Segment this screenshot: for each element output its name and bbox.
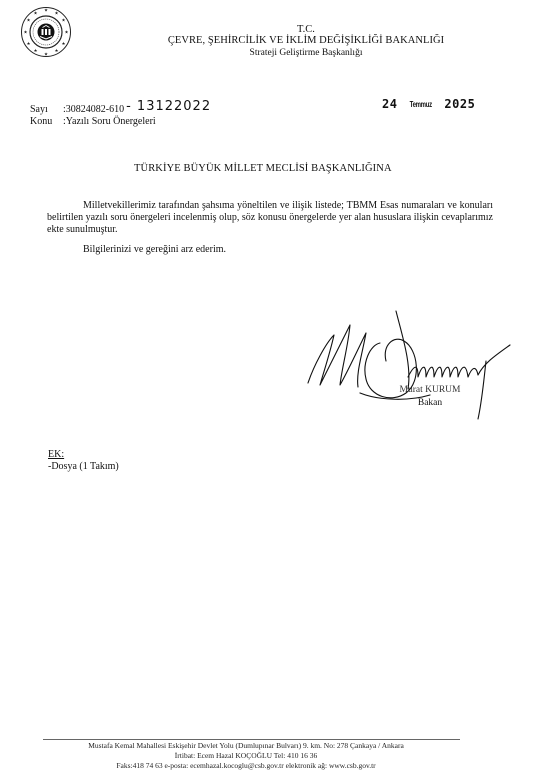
reference-number-row: Sayı :30824082-610 - 13122022 (30, 104, 211, 116)
attachment-label: EK: (48, 449, 119, 461)
letter-body: Milletvekillerimiz tarafından şahsıma yö… (47, 200, 493, 256)
reference-number-handwritten: - 13122022 (126, 101, 211, 113)
date-day: 24 (382, 97, 397, 111)
body-paragraph: Milletvekillerimiz tarafından şahsıma yö… (47, 200, 493, 236)
reference-number-prefix: :30824082-610 (63, 104, 124, 116)
subject-row: Konu :Yazılı Soru Önergeleri (30, 116, 211, 128)
svg-text:★: ★ (54, 11, 58, 17)
attachment-item: -Dosya (1 Takım) (48, 461, 119, 473)
footer-address: Mustafa Kemal Mahallesi Eskişehir Devlet… (0, 741, 492, 751)
date-year: 2025 (444, 97, 475, 111)
letterhead: T.C. ÇEVRE, ŞEHİRCİLİK VE İKLİM DEĞİŞİKL… (0, 24, 552, 59)
department-name: Strateji Geliştirme Başkanlığı (60, 47, 552, 59)
svg-text:★: ★ (26, 18, 30, 24)
svg-text:★: ★ (33, 11, 37, 17)
subject-label: Konu (30, 116, 63, 128)
reference-block: Sayı :30824082-610 - 13122022 Konu :Yazı… (30, 104, 211, 128)
footer-divider (43, 739, 460, 740)
letterhead-tc: T.C. (60, 24, 552, 35)
ministry-name: ÇEVRE, ŞEHİRCİLİK VE İKLİM DEĞİŞİKLİĞİ B… (60, 35, 552, 47)
addressee: TÜRKİYE BÜYÜK MİLLET MECLİSİ BAŞKANLIĞIN… (134, 163, 392, 174)
footer-contact: İrtibat: Ecem Hazal KOÇOĞLU Tel: 410 16 … (0, 751, 492, 761)
footer: Mustafa Kemal Mahallesi Eskişehir Devlet… (0, 741, 552, 771)
subject-value: :Yazılı Soru Önergeleri (63, 116, 156, 128)
date-stamp: 24 Temmuz 2025 (382, 97, 475, 111)
handwritten-signature-icon (300, 305, 530, 420)
attachment-block: EK: -Dosya (1 Takım) (48, 449, 119, 473)
date-month: Temmuz (410, 100, 432, 109)
svg-text:★: ★ (61, 18, 65, 24)
svg-text:★: ★ (44, 8, 48, 14)
closing-paragraph: Bilgilerinizi ve gereğini arz ederim. (47, 244, 493, 256)
reference-number-label: Sayı (30, 104, 63, 116)
footer-fax-email-web: Faks:418 74 63 e-posta: ecemhazal.kocogl… (0, 761, 492, 771)
